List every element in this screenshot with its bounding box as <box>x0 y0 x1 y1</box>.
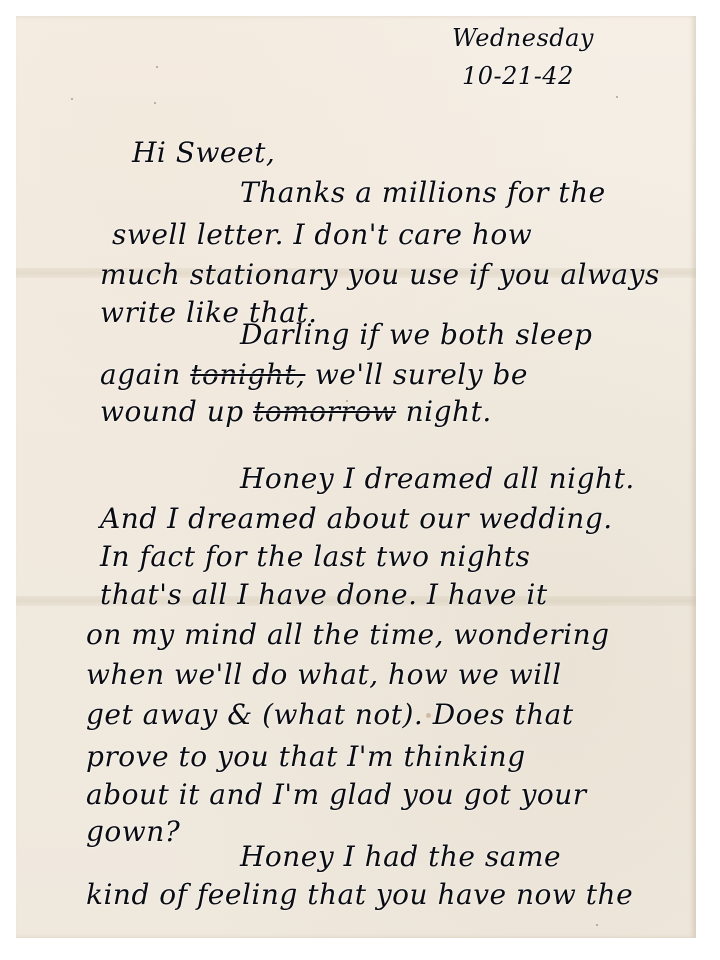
letter-line: swell letter. I don't care how <box>112 218 532 251</box>
paper-speck <box>596 924 598 926</box>
struck-word: tomorrow <box>253 395 396 428</box>
letter-line: again tonight, we'll surely be <box>100 358 528 391</box>
paper-speck <box>156 66 158 68</box>
letter-line: In fact for the last two nights <box>100 540 530 573</box>
letter-date: 10-21-42 <box>462 62 574 90</box>
letter-line: wound up tomorrow night. <box>100 395 492 428</box>
paper-speck <box>616 96 618 98</box>
letter-line: Thanks a millions for the <box>240 176 606 209</box>
letter-line: get away & (what not). Does that <box>86 698 574 731</box>
letter-line: And I dreamed about our wedding. <box>100 502 613 535</box>
letter-line: prove to you that I'm thinking <box>86 740 526 773</box>
letter-line: Darling if we both sleep <box>240 318 592 351</box>
letter-line: Honey I had the same <box>240 840 561 873</box>
paper-speck <box>154 102 156 104</box>
letter-line: on my mind all the time, wondering <box>86 618 610 651</box>
letter-line: that's all I have done. I have it <box>100 578 548 611</box>
paper-speck <box>71 98 73 100</box>
letter-day: Wednesday <box>452 24 594 52</box>
letter-line: kind of feeling that you have now the <box>86 878 633 911</box>
struck-word: tonight, <box>190 358 305 391</box>
letter-line: much stationary you use if you always <box>100 258 660 291</box>
letter-line: gown? <box>86 815 180 848</box>
letter-line: when we'll do what, how we will <box>86 658 562 691</box>
letter-line: about it and I'm glad you got your <box>86 778 587 811</box>
letter-line: Honey I dreamed all night. <box>240 462 635 495</box>
letter-salutation: Hi Sweet, <box>132 136 275 169</box>
